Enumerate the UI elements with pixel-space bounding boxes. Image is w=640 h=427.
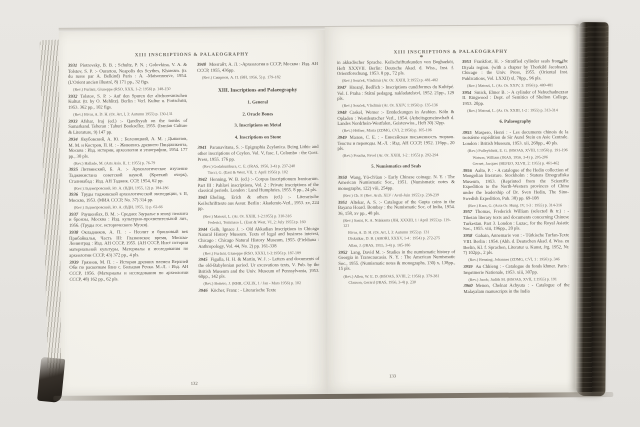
bibliography-entry: 3946Köcher, Franz : - Literarische Texte (199, 287, 320, 293)
entry-number: 3951 (338, 200, 347, 205)
entry-text: Piotrovsky, B. B. ; Schultz, P. N. ; Gol… (68, 62, 187, 85)
left-page-column-1: 3931Piotrovsky, B. B. ; Schultz, P. N. ;… (68, 62, 189, 284)
entry-number: 3949 (337, 135, 346, 140)
entry-number: 3941 (198, 145, 207, 150)
entry-text: Литвинский, Б. А. :- Археологическое изу… (69, 166, 188, 183)
entry-text: Aalto, P. : - A catalogue of the Hedin c… (463, 167, 569, 201)
bibliography-entry: 3949Малов, С. Е. : - Енисейская письменн… (337, 134, 454, 152)
review-line: (Rev.) Furlani, Giuseppe (RSO, XXXI, 1-3… (203, 250, 319, 256)
review-line: Federici, Tommaso L. (East & West, VI, 2… (208, 219, 319, 225)
entry-text: Smick, Elmer B. :- A cylinder of Nebucha… (462, 89, 568, 106)
entry-text: Au Chhieng : - Catalogue du fonds khmer.… (463, 263, 569, 274)
review-line: (Rev.) Заднепровский, Ю. А. (ВДИ, 1955, … (74, 185, 188, 191)
review-line: Watson, William (JRAS, 1956, 3-4) p. 205… (473, 154, 569, 160)
review-line: (Rev.) Souček, Vladimír (Ar. Or. XXIII, … (342, 77, 454, 83)
review-line: Gernet, Jacques (BEFEO, XLVII, 2: 1955) … (473, 160, 569, 166)
subsection-heading: 1. General (197, 99, 318, 105)
entry-number: 3938 (69, 230, 78, 235)
entry-number: 3958 (463, 233, 472, 238)
entry-number: 3933 (68, 118, 77, 123)
entry-text: Lang, David M. :- Studies in the numisma… (338, 249, 455, 272)
right-page: XIII INSCRIPTIONS & PALAEOGRAPHY in akka… (325, 25, 580, 396)
entry-text: Menon, Chelnat Achyuta : - Catalogue of … (464, 283, 570, 294)
bibliography-entry: 3954Smick, Elmer B. :- A cylinder of Neb… (462, 89, 568, 107)
review-line: (Rev.) Matouš, L. (Ar. Or. XXIII, 1-2 : … (467, 107, 568, 113)
entry-text: Gelb, Ignace J. :- Old Akkadian Inscript… (198, 226, 319, 249)
bibliography-entry: 3956Aalto, P. : - A catalogue of the Hed… (463, 167, 569, 201)
review-line: (Rev.) Godakumbura, C. E. (JRAS, 1956, 3… (203, 163, 319, 169)
entry-number: 3946 (199, 288, 208, 293)
entry-number: 3936 (69, 192, 78, 197)
entry-text: Gabain, Annemarie von : - Türkische Turf… (463, 233, 569, 256)
review-line: (Rev.) Matouš, L. (Ar. Or. XXIV, 3: 1956… (467, 82, 568, 88)
fore-edge-texture (575, 22, 608, 396)
entry-text: Afshar, Iraj (ed.) :- Qandiyyah on the t… (68, 117, 187, 134)
entry-text: Henning, W. B. (ed.) :- Corpus Inscripti… (198, 176, 319, 193)
review-line: (Rev.) Souček, Vladimír (Ar. Or. XXIV, 1… (342, 102, 454, 108)
entry-text: Ebeling, Erich & others (ed.) :- Literar… (198, 194, 319, 211)
review-line: (Rev.) Höfner, Maria (ZDMG, CVI, 2:1956)… (342, 127, 454, 133)
fore-edge-dark-band (575, 22, 608, 396)
bibliography-entry: 3933Afshar, Iraj (ed.) :- Qandiyyah on t… (68, 117, 187, 135)
review-line: (Rev.) Ch. P. (Rev. Arch. XLV / Avril-Ju… (343, 192, 455, 198)
review-line: (Rev.) Allen, W. E. D. (BSOAS, XVIII, 2:… (343, 273, 455, 279)
entry-number: 3934 (68, 137, 77, 142)
bibliography-entry: 3934Якубовский, А. Ю. ; Беленицкий, А. М… (68, 136, 187, 159)
bibliography-entry: 3945Figulla, H. H. & Martin, W. J. :- Le… (198, 256, 319, 279)
review-line: (Rev.) Pulleyblank, E. G. (BSOAS, XVIII,… (468, 147, 569, 153)
bibliography-entry: 3958Gabain, Annemarie von : - Türkische … (463, 233, 569, 256)
entry-number: 3950 (338, 175, 347, 180)
scan-fleck (559, 61, 563, 63)
bibliography-entry: 3947Hrozný, Bedřich :- Inscriptions cuné… (337, 84, 454, 102)
review-line: (Rev.) Sastri, K. A. Nilakanta (JIH, XXX… (343, 217, 455, 228)
subsection-heading: 4. Inscriptions on Stone (197, 134, 318, 140)
entry-number: 3935 (69, 167, 78, 172)
review-line: (Rev.) Kara, G. (Acta Or. Hung. IV, 1-3 … (468, 202, 569, 208)
entry-text: Altekar, A. S. :- Catalogue of the Gupta… (338, 199, 455, 216)
entry-number: 3953 (462, 59, 471, 64)
entry-number: 3956 (463, 168, 472, 173)
bibliography-entry: 3931Piotrovsky, B. B. ; Schultz, P. N. ;… (68, 62, 187, 85)
entry-number: 3939 (69, 259, 78, 264)
entry-text: Малов, С. Е. : - Енисейская письменность… (337, 134, 454, 151)
entry-text: Figulla, H. H. & Martin, W. J. :- Letter… (198, 256, 319, 279)
bibliography-entry: 3932Tolstov, S. P. :- Auf den Spuren der… (68, 92, 187, 110)
bibliography-entry: 3950Wang, Yü-ch'üan :- Early Chinese coi… (338, 174, 455, 192)
entry-number: 3952 (338, 249, 347, 254)
entry-number: 3954 (462, 90, 471, 95)
bibliography-entry: 3948Caskel, Werner :- Entdeckungen in Ar… (337, 109, 454, 127)
entry-text: Maspero, Henri : - Les documents chinois… (462, 129, 568, 146)
review-line: (Rev.) Furlani, Giuseppe (RSO, XXX, 1-2:… (73, 86, 187, 92)
review-line: Clauson, Gerard (JRAS, 1956, 3-4) p. 230 (348, 279, 455, 285)
right-running-head: XIII INSCRIPTIONS & PALAEOGRAPHY (325, 49, 577, 56)
review-line: (Rev.) Bottéro, J. (RHR, CXLIX, 1 / Jan … (203, 280, 319, 286)
bibliography-entry: 3940Монгайт, А. Л. :-Археология в СССР, … (197, 61, 318, 73)
entry-text: Окладников, А. П. : - Неолит и бронзовый… (69, 229, 188, 257)
subsection-heading: 6. Palaeography (462, 118, 568, 124)
left-page-number: 132 (61, 380, 327, 387)
review-line: Allan, J. (JRAS, 1955, 3-4) p. 185-186 (348, 242, 455, 248)
bibliography-entry: 3955Maspero, Henri : - Les documents chi… (462, 129, 568, 147)
review-line: (Rev.) Hallade, M. (Arts Asia. II, 1: 19… (74, 160, 188, 166)
right-page-number: 133 (389, 373, 396, 378)
bibliography-entry: 3959Au Chhieng : - Catalogue du fonds kh… (463, 263, 569, 275)
entry-text: Frankfort, H. :- Stratified cylinder sea… (462, 58, 568, 81)
entry-number: 3943 (198, 195, 207, 200)
left-running-head: XIII INSCRIPTIONS & PALAEOGRAPHY (59, 52, 325, 59)
review-line: (Rev.) Matouš, L. (Ar. Or. XXIII, 1-2:19… (203, 213, 319, 219)
scanned-book-photo: XIII INSCRIPTIONS & PALAEOGRAPHY 3931Pio… (0, 0, 640, 427)
entry-text: Якубовский, А. Ю. ; Беленицкий, А. М. ; … (68, 136, 187, 159)
entry-text: Tolstov, S. P. :- Auf den Spuren der alt… (68, 92, 187, 109)
entry-text: Wang, Yü-ch'üan :- Early Chinese coinage… (338, 174, 455, 191)
entry-text: Caskel, Werner :- Entdeckungen in Arabie… (337, 109, 454, 126)
bibliography-entry: 3941Paranavitana, S. :- Epigraphia Zeyla… (198, 144, 319, 162)
entry-continuation: in akkadischer Sprache. Keilschrifturkun… (337, 59, 454, 77)
bibliography-entry: 3951Altekar, A. S. :- Catalogue of the G… (338, 199, 455, 217)
entry-text: Труды таджикской археологической экспеди… (69, 191, 188, 202)
entry-number: 3944 (198, 227, 207, 232)
entry-text: Paranavitana, S. :- Epigraphia Zeylanica… (198, 144, 319, 161)
entry-text: Hrozný, Bedřich :- Inscriptions cunéifor… (337, 84, 454, 101)
entry-text: Монгайт, А. Л. :-Археология в СССР, Моск… (197, 61, 318, 72)
entry-number: 3947 (337, 85, 346, 90)
subsection-heading: 2. Oracle Bones (197, 111, 318, 117)
right-page-column-1: in akkadischer Sprache. Keilschrifturkun… (337, 59, 456, 287)
entry-number: 3931 (68, 63, 77, 68)
review-line: (Rev.) Смирнов, А. П. (ВИ, 1956, 5) p. 1… (202, 74, 318, 80)
subsection-heading: 3. Inscriptions on Metal (197, 122, 318, 128)
review-line: Diskalkar, D. B. (ABORI, XXXV, 1-4 : 195… (348, 235, 455, 241)
review-line: Tucci, G. (East & West, VII, 1: April 19… (208, 169, 319, 175)
entry-number: 3957 (463, 209, 472, 214)
entry-text: Thomas, Frederick William (selected & tr… (463, 209, 569, 232)
entry-text: Köcher, Franz : - Literarische Texte (211, 287, 277, 292)
bibliography-entry: 3952Lang, David M. :- Studies in the num… (338, 249, 455, 272)
bibliography-entry: 3937Раушенбах, В. М. :- Среднее Зауралье… (69, 211, 188, 229)
entry-text: Грязнов, М. П. : - История древних племе… (69, 259, 188, 282)
entry-text: Раушенбах, В. М. :- Среднее Зауралье в э… (69, 211, 188, 228)
left-page-column-2: 3940Монгайт, А. Л. :-Археология в СССР, … (197, 61, 320, 295)
entry-number: 3942 (198, 177, 207, 182)
bibliography-entry: 3942Henning, W. B. (ed.) :- Corpus Inscr… (198, 176, 319, 194)
entry-number: 3937 (69, 212, 78, 217)
bibliography-entry: 3938Окладников, А. П. : - Неолит и бронз… (69, 229, 188, 258)
section-heading: XIII. Inscriptions and Palaeography (198, 87, 317, 94)
scan-fleck (420, 55, 423, 57)
review-line: (Rev.) Poucha, Pavel (Ar. Or. XXIII, 1-2… (343, 152, 455, 158)
review-line: (Rev.) Заднепровский, Ю. А. (ВДИ, 1955, … (74, 204, 188, 210)
bibliography-entry: 3939Грязнов, М. П. : - История древних п… (69, 259, 188, 282)
book-spread: XIII INSCRIPTIONS & PALAEOGRAPHY 3931Pio… (0, 0, 640, 427)
entry-number: 3940 (197, 62, 206, 67)
entry-number: 3959 (463, 264, 472, 269)
bibliography-entry: 3936Труды таджикской археологической экс… (69, 191, 188, 203)
entry-number: 3948 (337, 110, 346, 115)
entry-number: 3932 (68, 93, 77, 98)
subsection-heading: 5. Numismatics and Seals (338, 163, 455, 169)
entry-number: 3960 (463, 283, 472, 288)
review-line: (Rev.) Jacob, Judith M. (BSOAS, XVII, 1:… (468, 276, 569, 282)
entry-number: 3955 (462, 129, 471, 134)
bibliography-entry: 3935Литвинский, Б. А. :- Археологическое… (69, 166, 188, 184)
review-line: (Rev.) Benzing, Johannes (ZDMG, CVI, 1 :… (468, 257, 569, 263)
bibliography-entry: 3960Menon, Chelnat Achyuta : - Catalogue… (463, 283, 569, 295)
review-line: Bivar, A. D. H. (Or. Art, I, 3: Autumn 1… (348, 229, 455, 235)
bibliography-entry: 3953Frankfort, H. :- Stratified cylinder… (462, 58, 568, 81)
bibliography-entry: 3943Ebeling, Erich & others (ed.) :- Lit… (198, 194, 319, 212)
right-page-column-2: 3953Frankfort, H. :- Stratified cylinder… (462, 58, 570, 296)
review-line: (Rev.) Bivar, A. D. H. (Or. Art, I, 3: A… (73, 111, 187, 117)
bibliography-entry: 3944Gelb, Ignace J. :- Old Akkadian Insc… (198, 226, 319, 249)
bibliography-entry: 3957Thomas, Frederick William (selected … (463, 209, 569, 232)
entry-number: 3945 (198, 257, 207, 262)
left-page: XIII INSCRIPTIONS & PALAEOGRAPHY 3931Pio… (59, 30, 328, 400)
